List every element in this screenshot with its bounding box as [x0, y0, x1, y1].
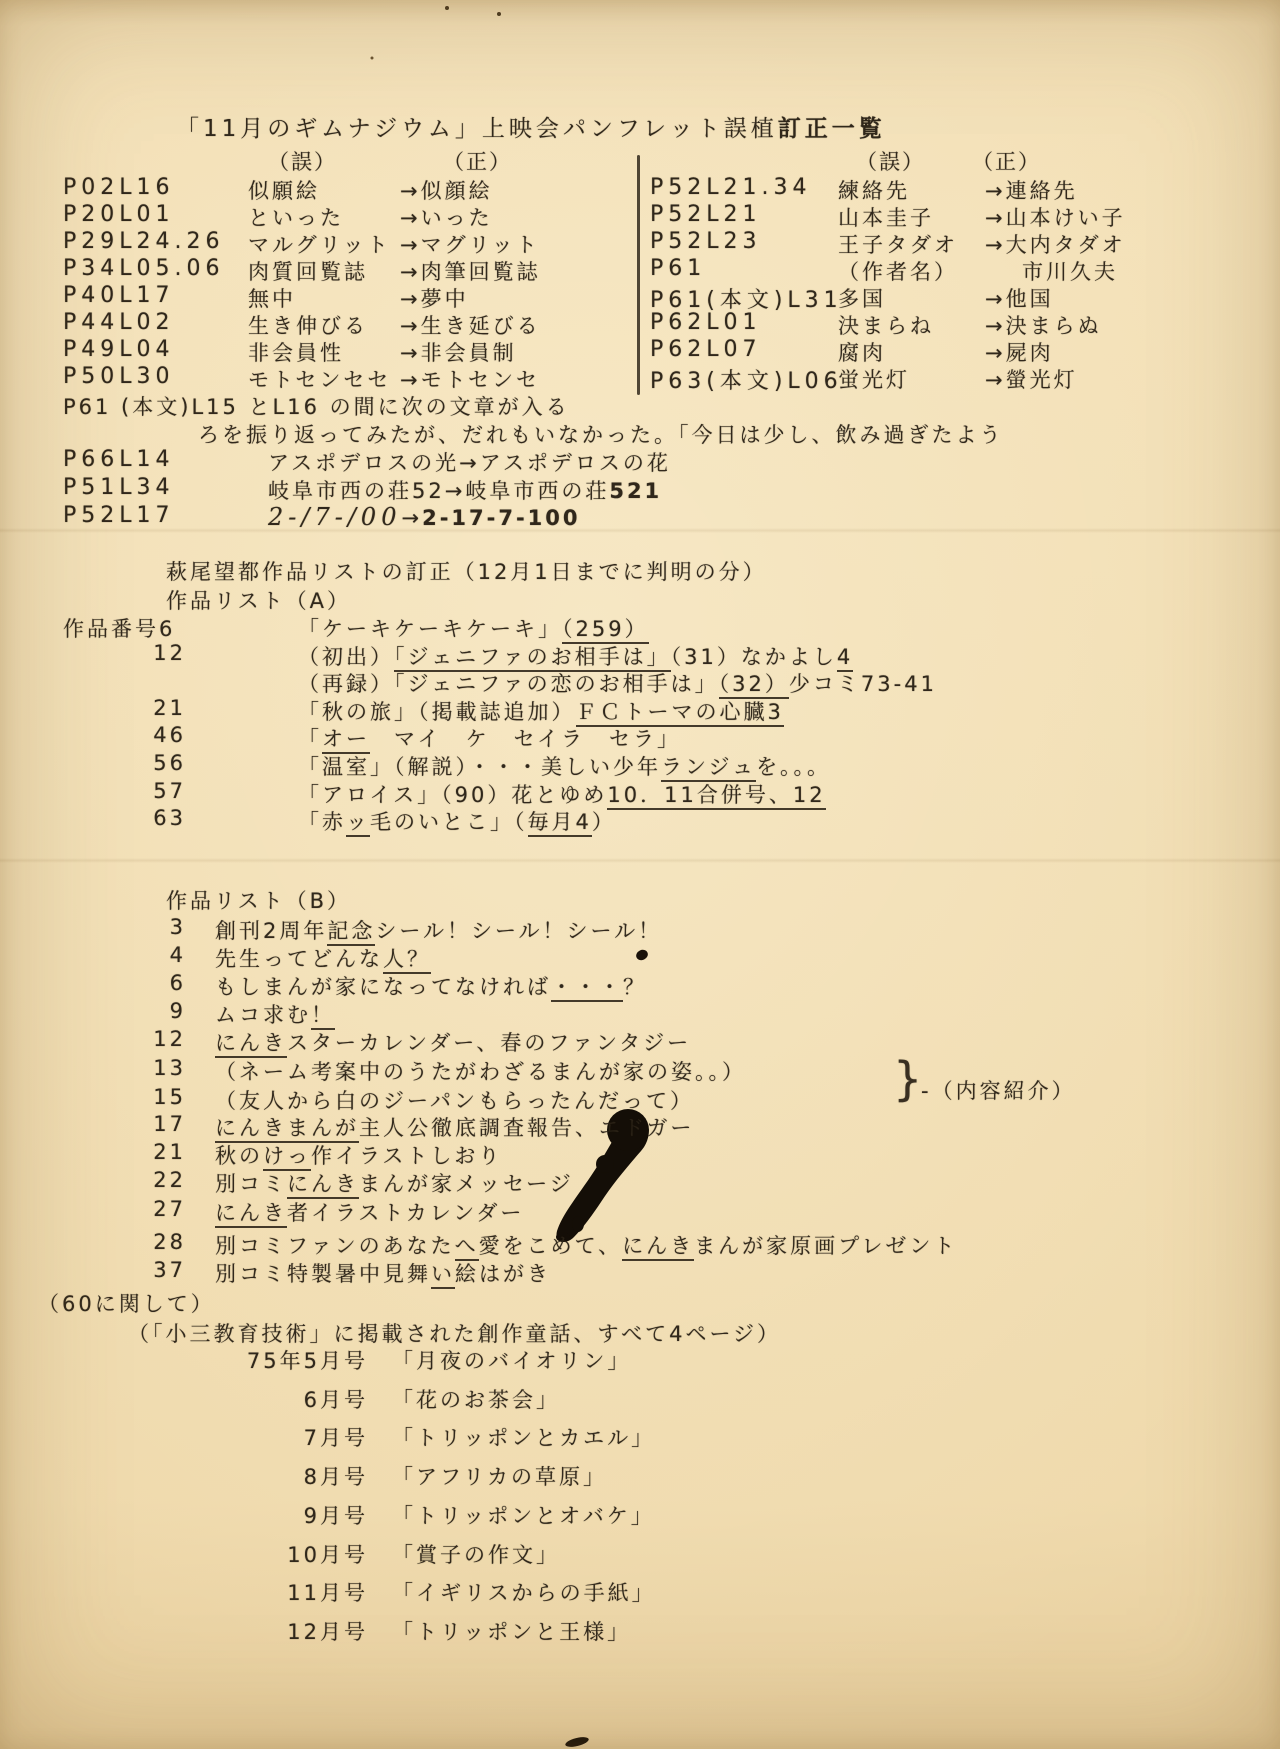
work-number: 57: [140, 779, 186, 803]
work-number: 4: [140, 943, 186, 967]
work-number: 3: [140, 915, 186, 939]
insert-note-text: ろを振り返ってみたが、だれもいなかった。「今日は少し、飲み過ぎたよう: [198, 419, 1004, 449]
errata-left-wrong: 肉質回覧誌: [248, 256, 368, 286]
month-label: 7月号: [236, 1422, 368, 1452]
paper-specks: [0, 0, 1280, 80]
errata-right-correct: →大内タダオ: [985, 229, 1126, 259]
errata-left-loc: P29L24.26: [63, 229, 225, 254]
worklist-b-label: 作品リスト（B）: [166, 885, 351, 915]
column-divider: [637, 155, 640, 395]
work-title: にんきまんが主人公徹底調査報告、エドガー: [215, 1112, 694, 1142]
errata-left-loc: P20L01: [63, 202, 175, 227]
worklist-a-heading: 萩尾望都作品リストの訂正（12月1日までに判明の分）: [166, 556, 767, 586]
errata-right-wrong: 腐肉: [838, 337, 886, 367]
errata-right-correct: →決まらぬ: [985, 310, 1102, 340]
work-number: 13: [140, 1056, 186, 1080]
work-title: ムコ求む！: [215, 999, 335, 1029]
errata-right-loc: P52L21.34: [650, 175, 812, 200]
fix-text: 岐阜市西の荘52→岐阜市西の荘521: [268, 475, 662, 505]
errata-left-wrong: 生き伸びる: [248, 310, 368, 340]
fix-loc: P52L17: [63, 503, 175, 528]
month-title: 「トリッポンとカエル」: [392, 1422, 655, 1452]
work-number: 6: [140, 971, 186, 995]
month-title: 「賞子の作文」: [392, 1539, 560, 1569]
work-number: 17: [140, 1112, 186, 1136]
work-title: 秋のけっ作イラストしおり: [215, 1140, 502, 1170]
month-title: 「イギリスからの手紙」: [392, 1577, 656, 1607]
fold-shadow: [0, 528, 1280, 533]
brace-glyph: }: [893, 1052, 922, 1106]
month-title: 「月夜のバイオリン」: [392, 1345, 631, 1375]
errata-left-loc: P34L05.06: [63, 256, 225, 281]
errata-left-correct: →非会員制: [400, 337, 517, 367]
month-label: 6月号: [236, 1384, 368, 1414]
errata-left-wrong: マルグリット: [248, 229, 391, 259]
work-number: 21: [140, 1140, 186, 1164]
work-number: 27: [140, 1197, 186, 1221]
work-number: 37: [140, 1258, 186, 1282]
ink-smudge: [632, 946, 652, 964]
errata-right-loc: P52L23: [650, 229, 762, 254]
errata-right-correct: →他国: [985, 283, 1054, 313]
work-number: 12: [140, 1027, 186, 1051]
note60-heading: （60に関して）: [38, 1288, 215, 1318]
errata-right-wrong: 多国: [838, 283, 886, 313]
month-label: 75年5月号: [236, 1345, 368, 1375]
errata-left-loc: P44L02: [63, 310, 175, 335]
errata-left-correct: →似顔絵: [400, 175, 493, 205]
work-number: 21: [140, 696, 186, 720]
errata-right-wrong: 練絡先: [838, 175, 910, 205]
month-label: 11月号: [236, 1577, 368, 1607]
work-title: 「温室」（解説）・・・美しい少年ランジュを。。。: [298, 751, 831, 781]
page-title: 「11月のギムナジウム」上映会パンフレット誤植訂正一覧: [176, 110, 886, 143]
errata-right-wrong: （作者名）: [838, 256, 958, 286]
fold-shadow: [0, 858, 1280, 863]
work-title: にんき者イラストカレンダー: [215, 1197, 524, 1227]
content-note-label: -（内容紹介）: [921, 1075, 1076, 1105]
work-title: 「赤ッ毛のいとこ」（毎月4）: [298, 806, 616, 836]
fix-text: 2-/7-/00→2-17-7-100: [268, 503, 581, 531]
errata-left-loc: P50L30: [63, 364, 175, 389]
work-number: 63: [140, 806, 186, 830]
work-title: にんきスターカレンダー、春のファンタジー: [215, 1027, 691, 1057]
work-number: 12: [140, 641, 186, 665]
errata-right-wrong: 山本圭子: [838, 202, 934, 232]
work-title: 「秋の旅」（掲載誌追加）ＦＣトーマの心臓3: [298, 696, 784, 726]
errata-left-wrong: モトセンセセ: [248, 364, 391, 394]
fix-loc: P66L14: [63, 447, 175, 472]
month-label: 12月号: [236, 1616, 368, 1646]
errata-left-loc: P40L17: [63, 283, 175, 308]
errata-right-correct: →山本けい子: [985, 202, 1126, 232]
note60-detail: （「小三教育技術」に掲載された創作童話、すべて4ページ）: [128, 1318, 781, 1348]
right-wrong-header: （誤）: [856, 146, 925, 176]
work-number: 56: [140, 751, 186, 775]
worklist-a-label: 作品リスト（A）: [166, 585, 351, 615]
ink-mark-bottom: [560, 1733, 594, 1749]
errata-left-correct: →夢中: [400, 283, 469, 313]
errata-right-loc: P61: [650, 256, 706, 281]
fix-text: アスポデロスの光→アスポデロスの花: [268, 447, 671, 477]
left-correct-header: （正）: [443, 146, 512, 176]
errata-left-wrong: 非会員性: [248, 337, 344, 367]
work-title: 先生ってどんな人？: [215, 943, 431, 973]
errata-right-correct: 市川久夫: [1022, 256, 1118, 286]
month-label: 10月号: [236, 1539, 368, 1569]
work-number: 22: [140, 1168, 186, 1192]
work-number: 作品番号6: [63, 613, 175, 643]
work-title: 「オー マイ ケ セイラ セラ」: [298, 723, 681, 753]
work-title: （再録）「ジェニファの恋のお相手は」（32）少コミ73-41: [298, 668, 937, 698]
fix-loc: P51L34: [63, 475, 175, 500]
month-label: 9月号: [236, 1500, 368, 1530]
scanned-errata-page: （誤） （正） （誤） （正） 「11月のギムナジウム」上映会パンフレット誤植訂…: [0, 0, 1280, 1749]
work-number: 28: [140, 1230, 186, 1254]
work-title: （ネーム考案中のうたがわざるまんが家の姿。。）: [215, 1056, 746, 1086]
work-title: （初出）「ジェニファのお相手は」（31）なかよし4: [298, 641, 853, 671]
errata-left-wrong: といった: [248, 202, 344, 232]
work-title: 創刊2周年記念シール！シール！シール！: [215, 915, 662, 945]
errata-left-correct: →マグリット: [400, 229, 540, 259]
work-title: 別コミファンのあなたへ愛をこめて、にんきまんが家原画プレゼント: [215, 1230, 957, 1260]
errata-right-wrong: 蛍光灯: [838, 364, 910, 394]
errata-right-correct: →屍肉: [985, 337, 1054, 367]
errata-left-wrong: 無中: [248, 283, 296, 313]
work-title: 「アロイス」（90）花とゆめ10．11合併号、12: [298, 779, 826, 809]
left-wrong-header: （誤）: [268, 146, 337, 176]
work-number: 9: [140, 999, 186, 1023]
errata-right-correct: →螢光灯: [985, 364, 1078, 394]
month-title: 「トリッポンとオバケ」: [392, 1500, 655, 1530]
work-title: 別コミにんきまんが家メッセージ: [215, 1168, 574, 1198]
work-title: （友人から白のジーパンもらったんだって）: [215, 1085, 694, 1115]
work-number: 46: [140, 723, 186, 747]
work-number: 15: [140, 1085, 186, 1109]
errata-right-wrong: 王子タダオ: [838, 229, 958, 259]
errata-left-correct: →生き延びる: [400, 310, 541, 340]
errata-left-loc: P02L16: [63, 175, 175, 200]
month-title: 「花のお茶会」: [392, 1384, 560, 1414]
errata-left-correct: →モトセンセ: [400, 364, 540, 394]
work-title: 「ケーキケーキケーキ」（259）: [298, 613, 649, 643]
errata-right-loc: P63(本文)L06: [650, 364, 843, 395]
work-title: もしまんが家になってなければ・・・？: [215, 971, 647, 1001]
work-title: 別コミ特製暑中見舞い絵はがき: [215, 1258, 551, 1288]
errata-right-correct: →連絡先: [985, 175, 1078, 205]
right-correct-header: （正）: [972, 146, 1041, 176]
errata-right-loc: P52L21: [650, 202, 762, 227]
month-title: 「アフリカの草原」: [392, 1461, 607, 1491]
month-label: 8月号: [236, 1461, 368, 1491]
errata-left-loc: P49L04: [63, 337, 175, 362]
errata-right-loc: P62L07: [650, 337, 762, 362]
errata-right-wrong: 決まらね: [838, 310, 934, 340]
errata-left-correct: →肉筆回覧誌: [400, 256, 541, 286]
errata-left-wrong: 似願絵: [248, 175, 320, 205]
errata-left-correct: →いった: [400, 202, 493, 232]
month-title: 「トリッポンと王様」: [392, 1616, 631, 1646]
errata-right-loc: P62L01: [650, 310, 762, 335]
insert-note-heading: P61 (本文)L15 とL16 の間に次の文章が入る: [63, 391, 570, 421]
